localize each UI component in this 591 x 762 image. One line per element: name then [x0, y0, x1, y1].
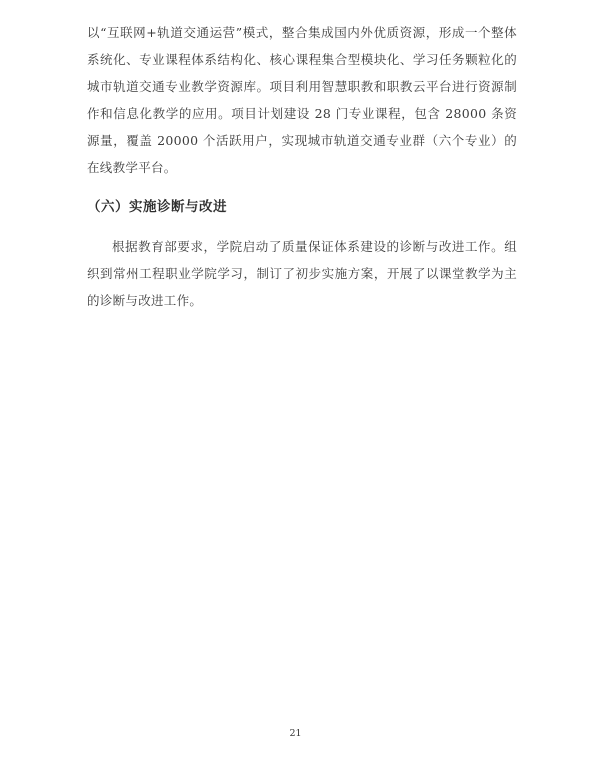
body-paragraph-1: 以“互联网+轨道交通运营”模式，整合集成国内外优质资源，形成一个整体系统化、专业… [87, 19, 517, 181]
page-footer: 21 [0, 721, 591, 740]
document-content: 以“互联网+轨道交通运营”模式，整合集成国内外优质资源，形成一个整体系统化、专业… [87, 19, 517, 314]
body-paragraph-2: 根据教育部要求，学院启动了质量保证体系建设的诊断与改进工作。组织到常州工程职业学… [87, 233, 517, 314]
section-heading: （六）实施诊断与改进 [87, 195, 517, 219]
page-number: 21 [289, 728, 301, 739]
document-page: 以“互联网+轨道交通运营”模式，整合集成国内外优质资源，形成一个整体系统化、专业… [0, 0, 591, 762]
